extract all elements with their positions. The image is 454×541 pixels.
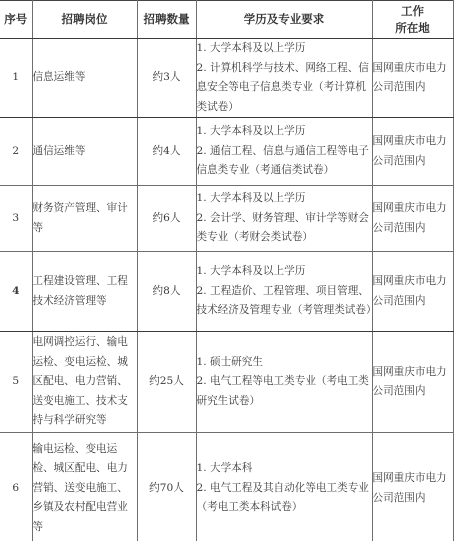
table-row: 6 输电运检、变电运检、城区配电、电力营销、送变电施工、乡镇及农村配电营业等 约…: [0, 433, 453, 541]
cell-no: 3: [0, 186, 32, 252]
cell-requirements: 1. 大学本科及以上学历 2. 计算机科学与技术、网络工程、信息安全等电子信息类…: [196, 39, 372, 118]
cell-no: 2: [0, 118, 32, 186]
requirement-item: 2. 通信工程、信息与通信工程等电子信息类专业（考通信类试卷）: [197, 142, 372, 181]
location-text: 国网重庆市电力公司范围内: [373, 59, 453, 98]
header-requirements: 学历及专业要求: [196, 1, 372, 39]
header-position: 招聘岗位: [32, 1, 137, 39]
cell-location: 国网重庆市电力公司范围内: [372, 186, 453, 252]
cell-no: 1: [0, 39, 32, 118]
requirement-item: 2. 计算机科学与技术、网络工程、信息安全等电子信息类专业（考计算机类试卷）: [197, 59, 372, 118]
location-text: 国网重庆市电力公司范围内: [373, 132, 453, 171]
cell-no: 4: [0, 252, 32, 332]
table-row: 2 通信运维等 约4人 1. 大学本科及以上学历 2. 通信工程、信息与通信工程…: [0, 118, 453, 186]
table-header-row: 序号 招聘岗位 招聘数量 学历及专业要求 工作 所在地: [0, 1, 453, 39]
cell-requirements: 1. 硕士研究生 2. 电气工程等电工类专业（考电工类研究生试卷）: [196, 332, 372, 433]
position-text: 工程建设管理、工程技术经济管理等: [33, 272, 137, 311]
table-row: 3 财务资产管理、审计等 约6人 1. 大学本科及以上学历 2. 会计学、财务管…: [0, 186, 453, 252]
cell-requirements: 1. 大学本科 2. 电气工程及其自动化等电工类专业（考电工类本科试卷）: [196, 433, 372, 541]
requirement-item: 2. 电气工程等电工类专业（考电工类研究生试卷）: [197, 372, 372, 411]
table-row: 5 电网调控运行、输电运检、变电运检、城区配电、电力营销、送变电施工、技术支持与…: [0, 332, 453, 433]
cell-position: 工程建设管理、工程技术经济管理等: [32, 252, 137, 332]
requirement-item: 1. 大学本科及以上学历: [197, 39, 372, 59]
location-text: 国网重庆市电力公司范围内: [373, 199, 453, 238]
location-text: 国网重庆市电力公司范围内: [373, 272, 453, 311]
cell-requirements: 1. 大学本科及以上学历 2. 工程造价、工程管理、项目管理、技术经济及管理专业…: [196, 252, 372, 332]
cell-quantity: 约70人: [137, 433, 196, 541]
position-text: 信息运维等: [33, 68, 137, 88]
cell-position: 信息运维等: [32, 39, 137, 118]
location-text: 国网重庆市电力公司范围内: [373, 363, 453, 402]
requirement-item: 2. 会计学、财务管理、审计学等财会类专业（考财会类试卷）: [197, 209, 372, 248]
location-text: 国网重庆市电力公司范围内: [373, 469, 453, 508]
recruitment-table: 序号 招聘岗位 招聘数量 学历及专业要求 工作 所在地 1 信息运维等 约3人 …: [0, 0, 454, 541]
position-text: 输电运检、变电运检、城区配电、电力营销、送变电施工、乡镇及农村配电营业等: [33, 440, 137, 538]
header-location: 工作 所在地: [372, 1, 453, 39]
header-location-line2: 所在地: [373, 20, 453, 37]
header-location-line1: 工作: [373, 3, 453, 20]
cell-position: 电网调控运行、输电运检、变电运检、城区配电、电力营销、送变电施工、技术支持与科学…: [32, 332, 137, 433]
header-quantity: 招聘数量: [137, 1, 196, 39]
position-text: 财务资产管理、审计等: [33, 199, 137, 238]
requirement-item: 2. 工程造价、工程管理、项目管理、技术经济及管理专业（考管理类试卷）: [197, 282, 372, 321]
requirement-item: 1. 大学本科及以上学历: [197, 122, 372, 142]
cell-location: 国网重庆市电力公司范围内: [372, 39, 453, 118]
cell-quantity: 约6人: [137, 186, 196, 252]
cell-quantity: 约3人: [137, 39, 196, 118]
cell-quantity: 约8人: [137, 252, 196, 332]
cell-location: 国网重庆市电力公司范围内: [372, 332, 453, 433]
cell-no: 6: [0, 433, 32, 541]
cell-quantity: 约4人: [137, 118, 196, 186]
position-text: 电网调控运行、输电运检、变电运检、城区配电、电力营销、送变电施工、技术支持与科学…: [33, 333, 137, 431]
requirement-item: 2. 电气工程及其自动化等电工类专业（考电工类本科试卷）: [197, 479, 372, 518]
cell-location: 国网重庆市电力公司范围内: [372, 433, 453, 541]
cell-no: 5: [0, 332, 32, 433]
requirement-item: 1. 大学本科: [197, 459, 372, 479]
requirement-item: 1. 大学本科及以上学历: [197, 189, 372, 209]
position-text: 通信运维等: [33, 142, 137, 162]
cell-position: 通信运维等: [32, 118, 137, 186]
cell-requirements: 1. 大学本科及以上学历 2. 通信工程、信息与通信工程等电子信息类专业（考通信…: [196, 118, 372, 186]
cell-location: 国网重庆市电力公司范围内: [372, 252, 453, 332]
requirement-item: 1. 大学本科及以上学历: [197, 262, 372, 282]
header-no: 序号: [0, 1, 32, 39]
cell-location: 国网重庆市电力公司范围内: [372, 118, 453, 186]
requirement-item: 1. 硕士研究生: [197, 353, 372, 373]
table-row: 1 信息运维等 约3人 1. 大学本科及以上学历 2. 计算机科学与技术、网络工…: [0, 39, 453, 118]
cell-quantity: 约25人: [137, 332, 196, 433]
cell-requirements: 1. 大学本科及以上学历 2. 会计学、财务管理、审计学等财会类专业（考财会类试…: [196, 186, 372, 252]
table-row: 4 工程建设管理、工程技术经济管理等 约8人 1. 大学本科及以上学历 2. 工…: [0, 252, 453, 332]
cell-position: 输电运检、变电运检、城区配电、电力营销、送变电施工、乡镇及农村配电营业等: [32, 433, 137, 541]
cell-position: 财务资产管理、审计等: [32, 186, 137, 252]
